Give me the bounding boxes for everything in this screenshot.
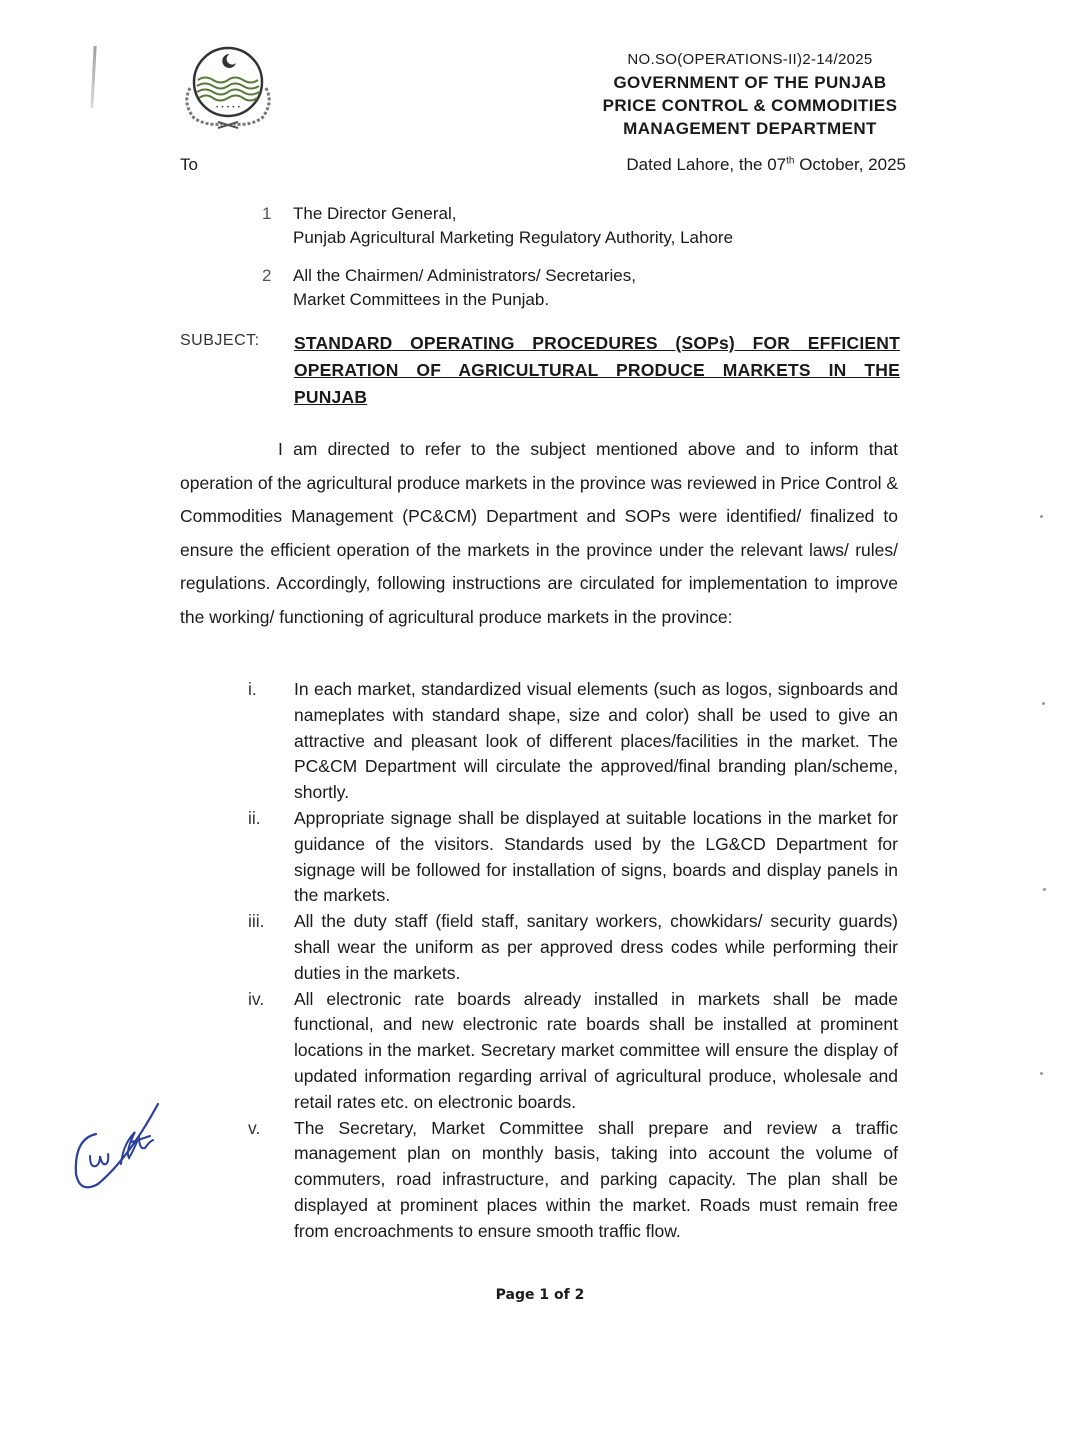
recipient-list: 1 The Director General, Punjab Agricultu… (262, 202, 902, 326)
page-number: Page 1 of 2 (0, 1287, 1080, 1303)
instruction-text: All the duty staff (field staff, sanitar… (294, 909, 898, 986)
subject-label: SUBJECT: (180, 330, 294, 411)
scan-speck (1040, 1072, 1043, 1075)
instruction-item: i. In each market, standardized visual e… (242, 677, 898, 806)
recipient-title: All the Chairmen/ Administrators/ Secret… (293, 264, 636, 288)
instruction-list: i. In each market, standardized visual e… (242, 677, 898, 1245)
date-suffix: October, 2025 (794, 155, 906, 174)
intro-paragraph: I am directed to refer to the subject me… (180, 433, 898, 634)
instruction-numeral: ii. (242, 806, 294, 909)
instruction-text: All electronic rate boards already insta… (294, 987, 898, 1116)
recipient-number: 2 (262, 264, 293, 312)
instruction-item: iv. All electronic rate boards already i… (242, 987, 898, 1116)
scan-speck (1042, 702, 1045, 705)
recipient-number: 1 (262, 202, 293, 250)
date-prefix: Dated Lahore, the 07 (626, 155, 786, 174)
recipient-item: 2 All the Chairmen/ Administrators/ Secr… (262, 264, 902, 312)
date-line: Dated Lahore, the 07th October, 2025 (626, 155, 906, 175)
instruction-numeral: iv. (242, 987, 294, 1116)
instruction-numeral: iii. (242, 909, 294, 986)
subject-block: SUBJECT: STANDARD OPERATING PROCEDURES (… (180, 330, 900, 411)
instruction-numeral: v. (242, 1116, 294, 1245)
recipient-item: 1 The Director General, Punjab Agricultu… (262, 202, 902, 250)
punjab-emblem-icon: • • • • • (178, 38, 278, 133)
instruction-text: The Secretary, Market Committee shall pr… (294, 1116, 898, 1245)
to-label: To (180, 155, 198, 175)
letterhead: NO.SO(OPERATIONS-II)2-14/2025 GOVERNMENT… (580, 48, 920, 140)
reference-number: NO.SO(OPERATIONS-II)2-14/2025 (580, 48, 920, 71)
subject-text: STANDARD OPERATING PROCEDURES (SOPs) FOR… (294, 330, 900, 411)
org-name-line2: PRICE CONTROL & COMMODITIES (580, 94, 920, 117)
instruction-item: ii. Appropriate signage shall be display… (242, 806, 898, 909)
instruction-numeral: i. (242, 677, 294, 806)
stray-pen-mark (90, 46, 96, 108)
org-name-line1: GOVERNMENT OF THE PUNJAB (580, 71, 920, 94)
instruction-item: iii. All the duty staff (field staff, sa… (242, 909, 898, 986)
recipient-title: The Director General, (293, 202, 733, 226)
instruction-item: v. The Secretary, Market Committee shall… (242, 1116, 898, 1245)
instruction-text: In each market, standardized visual elem… (294, 677, 898, 806)
instruction-text: Appropriate signage shall be displayed a… (294, 806, 898, 909)
recipient-org: Market Committees in the Punjab. (293, 288, 636, 312)
recipient-org: Punjab Agricultural Marketing Regulatory… (293, 226, 733, 250)
signature-initials-icon (66, 1094, 176, 1204)
scan-speck (1040, 515, 1043, 518)
scan-speck (1043, 888, 1046, 891)
svg-text:• • • • •: • • • • • (215, 104, 240, 111)
org-name-line3: MANAGEMENT DEPARTMENT (580, 117, 920, 140)
